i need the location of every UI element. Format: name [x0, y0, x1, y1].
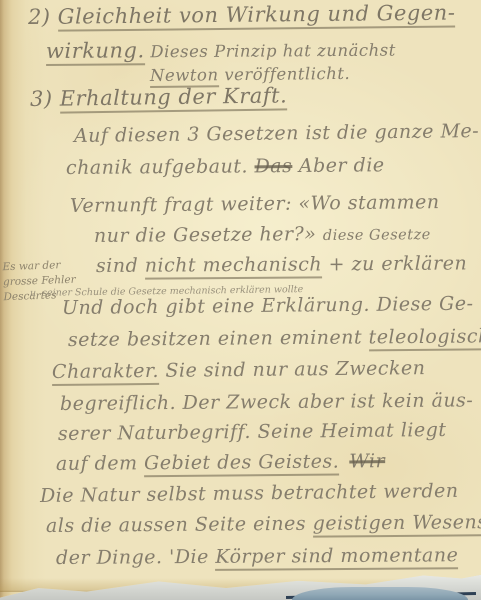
scanned-notebook-page: 2) Gleichheit von Wirkung und Gegen- wir…: [0, 0, 481, 600]
line-text: nur die Gesetze her?»: [94, 223, 323, 247]
handwritten-line-7: Vernunft fragt weiter: «Wo stammen: [70, 192, 440, 217]
handwritten-line-15: auf dem Gebiet des Geistes.Wir: [56, 451, 385, 475]
underlined-text: wirkung.: [46, 38, 145, 66]
struck-through-text: Das: [254, 155, 292, 177]
handwritten-line-4: 3) Erhaltung der Kraft.: [30, 84, 288, 111]
underlined-text: Gleichheit von Wirkung und Gegen-: [58, 1, 456, 32]
line-text: Auf diesen 3 Gesetzen ist die ganze Me-: [74, 120, 479, 147]
handwritten-line-13: begreiflich. Der Zweck aber ist kein äus…: [60, 390, 473, 414]
line-text: sind: [96, 255, 145, 277]
handwritten-line-12: Charakter. Sie sind nur aus Zwecken: [52, 358, 426, 383]
underlined-text: nicht mechanisch: [145, 253, 322, 279]
handwritten-line-3: Newton veröffentlicht.: [150, 65, 350, 85]
underlined-text: Körper sind momentane: [215, 544, 458, 571]
underlined-text: geistigen Wesens: [313, 511, 481, 538]
handwritten-line-2: wirkung. Dieses Prinzip hat zunächst: [46, 38, 396, 64]
line-text: Dieses Prinzip hat zunächst: [145, 41, 396, 62]
line-text: veröffentlicht.: [218, 64, 350, 84]
line-text: als die aussen Seite eines: [46, 513, 313, 537]
handwritten-line-10: Und doch gibt eine Erklärung. Diese Ge-: [62, 294, 474, 319]
underlined-text: Erhaltung der Kraft.: [60, 83, 288, 113]
underlined-text: Charakter.: [52, 360, 159, 386]
handwritten-line-8: nur die Gesetze her?» diese Gesetze: [94, 223, 431, 247]
line-text: Und doch gibt eine Erklärung. Diese Ge-: [62, 293, 474, 319]
handwritten-line-11: setze besitzen einen eminent teleologisc…: [68, 326, 481, 351]
handwritten-line-6: chanik aufgebaut. Das Aber die: [66, 155, 385, 179]
handwritten-line-1: 2) Gleichheit von Wirkung und Gegen-: [28, 2, 456, 30]
inserted-text: diese Gesetze: [323, 227, 431, 244]
notebook-paper: 2) Gleichheit von Wirkung und Gegen- wir…: [0, 0, 481, 600]
line-text: begreiflich. Der Zweck aber ist kein äus…: [60, 389, 474, 415]
handwritten-line-16: Die Natur selbst muss betrachtet werden: [40, 481, 459, 507]
line-text: + zu erklären: [322, 252, 467, 275]
line-text: 3): [30, 87, 60, 111]
handwritten-line-18: der Dinge. 'Die Körper sind momentane: [56, 545, 458, 569]
underlined-text: teleologische: [369, 325, 481, 351]
blue-object-below-page: [292, 587, 468, 600]
handwritten-line-5: Auf diesen 3 Gesetzen ist die ganze Me-: [74, 121, 479, 147]
line-text: 2): [28, 5, 58, 29]
line-text: der Dinge. 'Die: [56, 546, 216, 569]
line-text: serer Naturbegriff. Seine Heimat liegt: [58, 419, 447, 445]
handwritten-line-9: sind nicht mechanisch + zu erklären: [96, 253, 467, 276]
line-text: Vernunft fragt weiter: «Wo stammen: [70, 191, 440, 217]
line-text: setze besitzen einen eminent: [68, 326, 369, 351]
line-text: Die Natur selbst muss betrachtet werden: [40, 480, 459, 507]
handwritten-line-17: als die aussen Seite eines geistigen Wes…: [46, 512, 481, 537]
handwritten-line-14: serer Naturbegriff. Seine Heimat liegt: [58, 420, 447, 445]
line-text: Sie sind nur aus Zwecken: [159, 357, 426, 382]
struck-through-text: Wir: [349, 450, 385, 472]
underlined-text: Gebiet des Geistes.: [144, 451, 339, 478]
line-text: Aber die: [292, 154, 384, 177]
line-text: chanik aufgebaut.: [66, 155, 255, 179]
line-text: auf dem: [56, 452, 144, 475]
